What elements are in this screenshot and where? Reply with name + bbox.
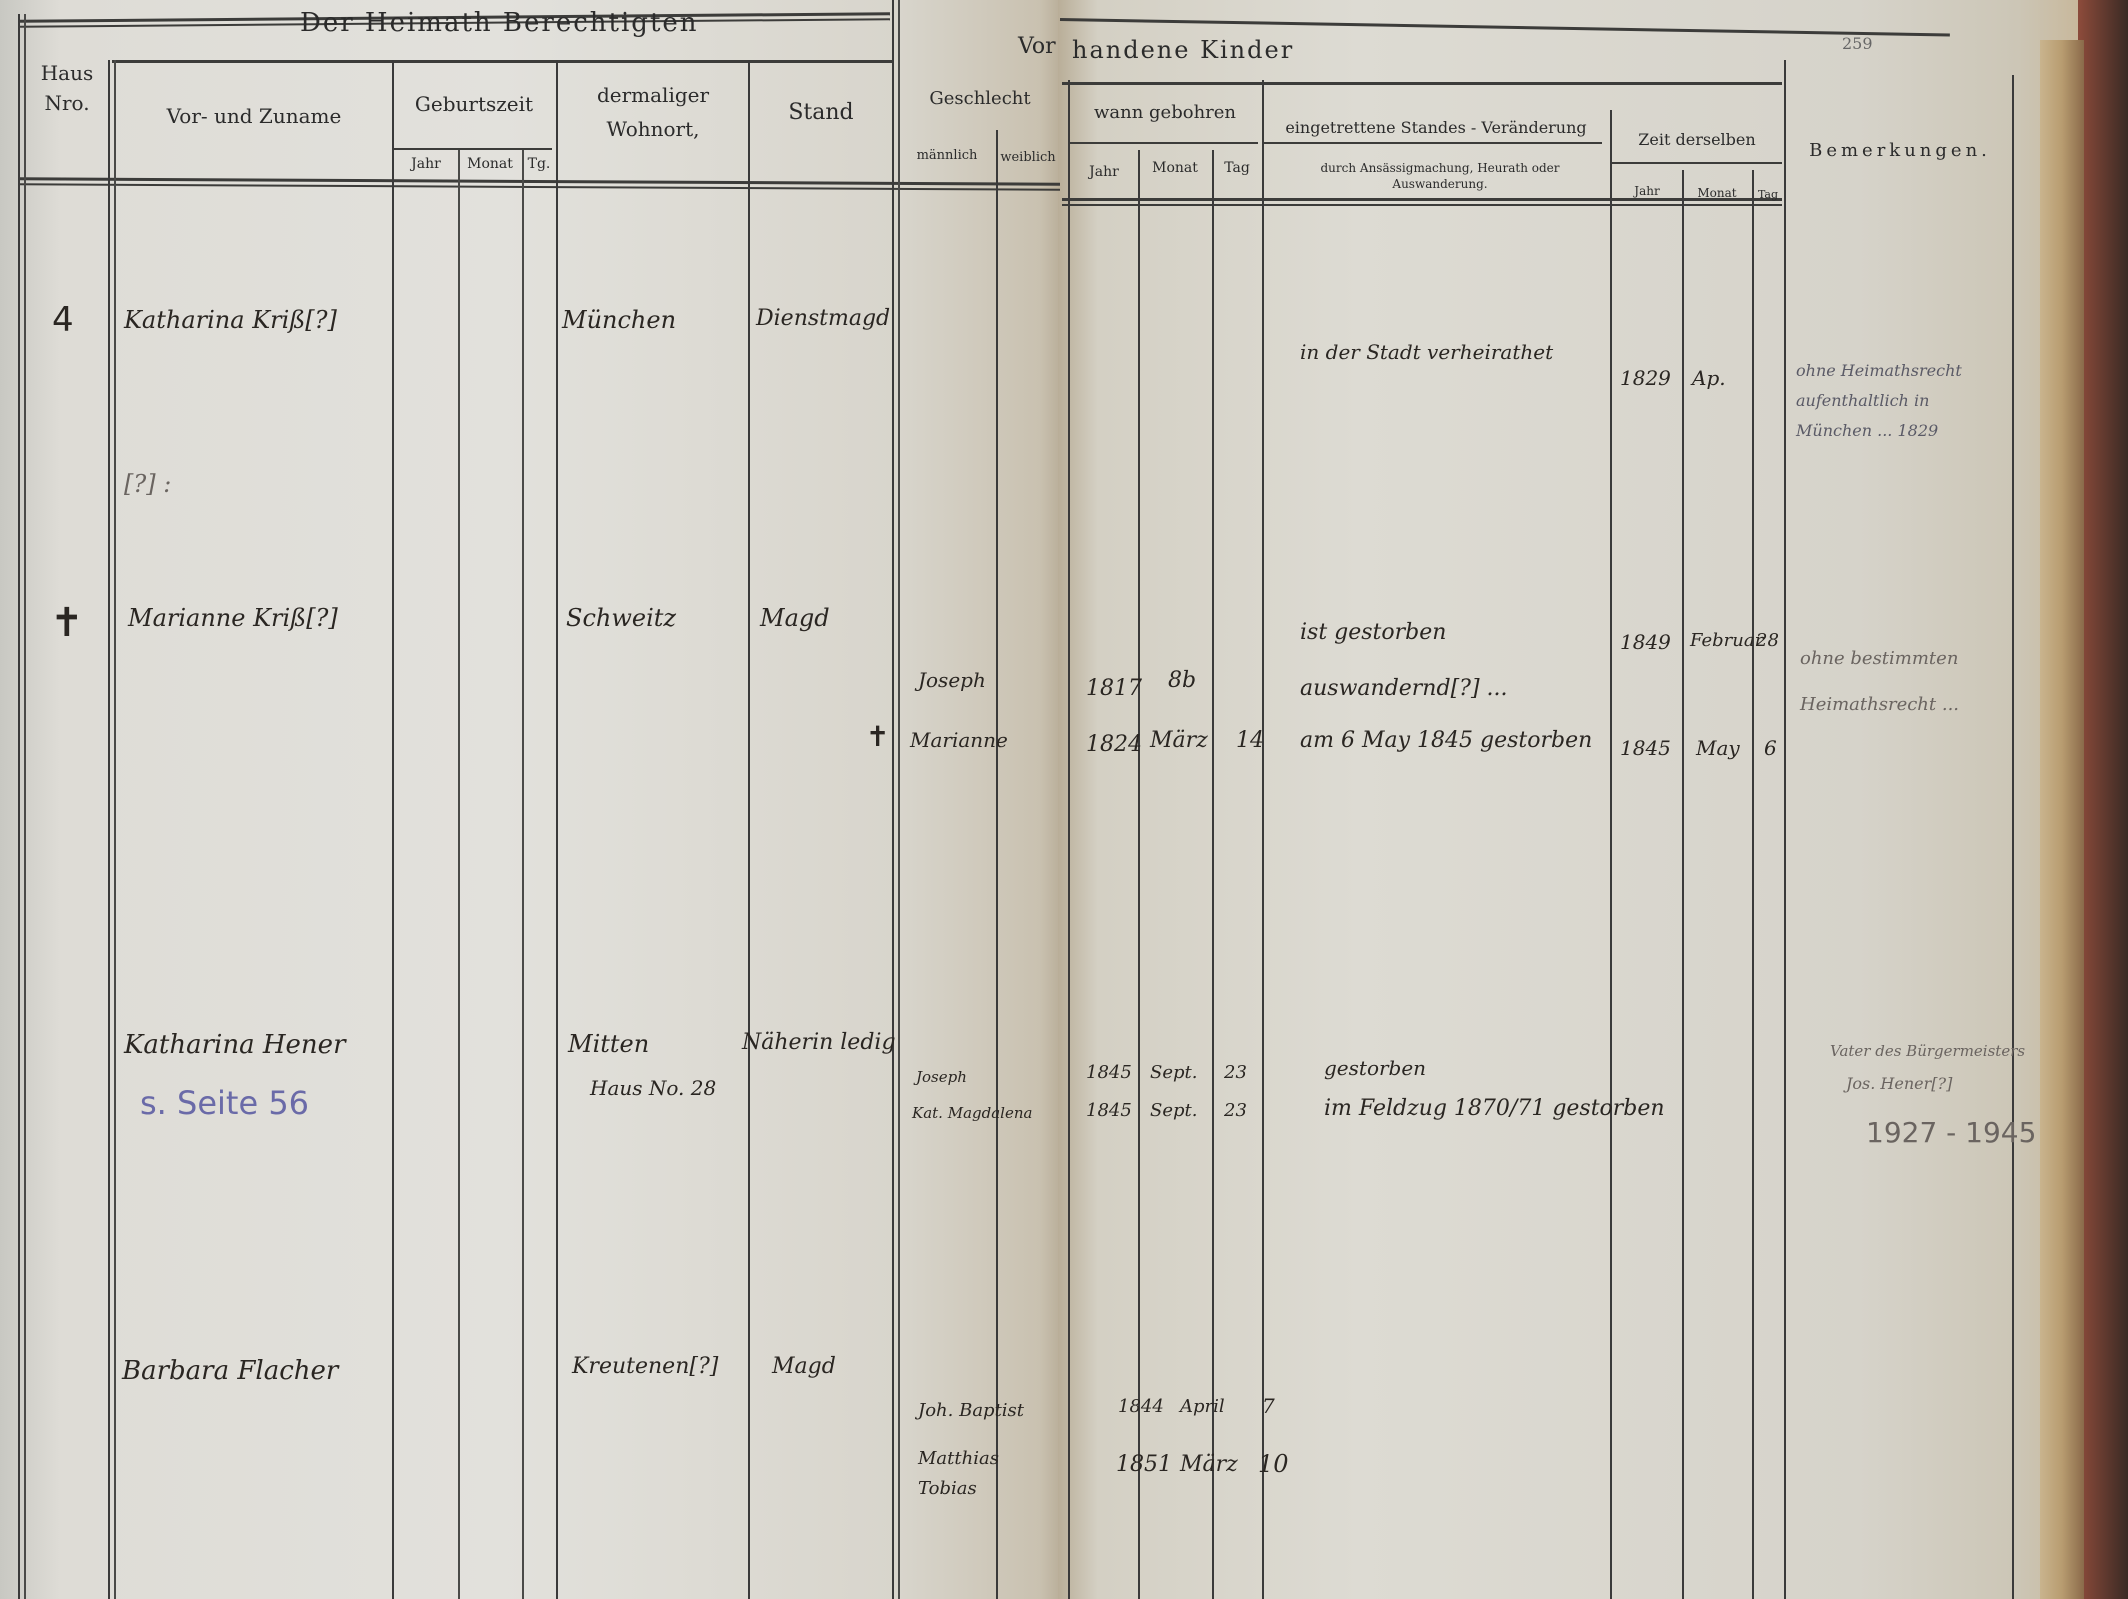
entry-2-zeit-3-jahr: 1845 — [1620, 736, 1671, 760]
entry-4-child-2-monat: März — [1180, 1452, 1238, 1477]
col-header-haus-nro: Haus Nro. — [28, 58, 106, 118]
entry-2-zeit-3-tag: 6 — [1764, 736, 1777, 760]
col-line — [458, 150, 460, 1599]
col-line — [1784, 60, 1786, 1599]
standes-sub-rule — [1262, 142, 1602, 144]
col-line — [2012, 75, 2014, 1599]
col-header-standes-veraenderung: eingetrettene Standes - Veränderung — [1266, 118, 1606, 137]
col-line — [1682, 170, 1684, 1599]
col-line — [392, 60, 394, 1599]
col-header-kind-tag: Tag — [1214, 160, 1260, 176]
col-header-zeit-derselben: Zeit derselben — [1612, 130, 1782, 149]
col-line — [1262, 80, 1264, 1599]
entry-3-name: Katharina Hener — [124, 1030, 346, 1060]
header-bottom-rule-right — [1062, 198, 1782, 201]
entry-2-child-1-name: Joseph — [918, 668, 986, 692]
entry-1-standes-veraenderung: in der Stadt verheirathet — [1300, 340, 1553, 364]
col-header-zeit-jahr: Jahr — [1614, 184, 1680, 198]
entry-1-zeit-jahr: 1829 — [1620, 366, 1671, 390]
col-line — [108, 60, 110, 1599]
entry-2-child-1-monat: 8b — [1168, 668, 1196, 693]
col-line — [996, 130, 998, 1599]
entry-4-child-2-name: Matthias Tobias — [918, 1444, 998, 1504]
entry-2-child-2-name: Marianne — [910, 728, 1008, 752]
entry-4-child-1-monat: April — [1180, 1396, 1225, 1417]
entry-3-wohnort-hausnr: Haus No. 28 — [590, 1076, 716, 1100]
entry-3-page-reference: s. Seite 56 — [140, 1084, 309, 1122]
col-header-monat: Monat — [460, 156, 520, 172]
col-header-stand: Stand — [752, 100, 890, 125]
col-header-kind-jahr: Jahr — [1072, 164, 1136, 180]
header-rule-right — [1062, 82, 1782, 85]
entry-2-child-1-jahr: 1817 — [1086, 676, 1142, 701]
entry-1-wohnort: München — [562, 306, 676, 334]
entry-2-zeit-1-tag: 28 — [1756, 630, 1779, 651]
entry-4-child-2-jahr: 1851 — [1116, 1452, 1172, 1477]
entry-4-name: Barbara Flacher — [122, 1356, 338, 1386]
header-rule — [112, 60, 892, 63]
col-line — [748, 60, 750, 1599]
entry-3-child-1-monat: Sept. — [1150, 1062, 1197, 1083]
col-header-geburtszeit: Geburtszeit — [394, 92, 554, 116]
col-line — [892, 0, 894, 1599]
col-line — [522, 150, 524, 1599]
entry-2-standes-2: auswandernd[?] ... — [1300, 676, 1508, 701]
zeit-sub-rule — [1612, 162, 1782, 164]
right-page — [1058, 0, 2078, 1599]
col-line — [898, 0, 900, 1599]
entry-2-zeit-1-jahr: 1849 — [1620, 630, 1671, 654]
left-page-title: Der Heimath Berechtigten — [300, 8, 699, 38]
entry-4-wohnort: Kreutenen[?] — [572, 1354, 718, 1379]
col-header-weiblich: weiblich — [998, 150, 1058, 165]
col-header-bemerkungen: Bemerkungen. — [1790, 140, 2010, 161]
entry-1-extra-mark: [?] : — [124, 470, 171, 498]
col-line — [18, 14, 20, 1599]
entry-2-bemerkungen: ohne bestimmten Heimathsrecht ... — [1800, 636, 2000, 728]
col-header-standes-sub: durch Ansässigmachung, Heurath oder Ausw… — [1300, 160, 1580, 192]
entry-1-stand: Dienstmagd — [756, 306, 890, 331]
entry-2-zeit-3-monat: May — [1696, 736, 1740, 760]
entry-2-standes-1: ist gestorben — [1300, 620, 1446, 645]
right-title-prefix: Vor — [1018, 34, 1056, 59]
col-header-wohnort: dermaliger Wohnort, — [560, 78, 746, 146]
entry-2-death-cross-icon: ✝ — [50, 600, 84, 646]
entry-1-zeit-monat: Ap. — [1692, 366, 1726, 390]
entry-3-wohnort: Mitten — [568, 1030, 649, 1058]
col-header-tag: Tg. — [522, 156, 556, 172]
entry-1-bemerkungen: ohne Heimathsrecht aufenthaltlich in Mün… — [1796, 356, 2006, 446]
entry-3-standes-2: im Feldzug 1870/71 gestorben — [1324, 1096, 1665, 1121]
entry-4-child-2-tag: 10 — [1258, 1450, 1289, 1478]
entry-2-child-2-jahr: 1824 — [1086, 732, 1142, 757]
col-header-maennlich: männlich — [900, 148, 994, 163]
col-line — [114, 60, 116, 1599]
entry-3-child-2-monat: Sept. — [1150, 1100, 1197, 1121]
entry-3-child-1-name: Joseph — [916, 1068, 967, 1086]
col-header-jahr: Jahr — [396, 156, 456, 172]
entry-4-stand: Magd — [772, 1354, 836, 1379]
entry-2-child-2-death-cross-icon: ✝ — [866, 720, 889, 753]
col-line — [556, 60, 558, 1599]
col-line — [1068, 80, 1070, 1599]
col-header-name: Vor- und Zuname — [120, 104, 388, 128]
entry-3-child-1-tag: 23 — [1224, 1062, 1247, 1083]
wann-sub-rule — [1068, 142, 1258, 144]
entry-3-bemerkungen-2: Jos. Hener[?] — [1846, 1074, 1952, 1093]
geburtszeit-sub-rule — [392, 148, 552, 150]
entry-4-child-1-name: Joh. Baptist — [918, 1400, 1024, 1421]
entry-3-standes-1: gestorben — [1324, 1056, 1426, 1080]
col-line — [1752, 170, 1754, 1599]
entry-3-child-2-name: Kat. Magdalena — [912, 1104, 1032, 1122]
entry-3-child-2-jahr: 1845 — [1086, 1100, 1132, 1121]
entry-1-name: Katharina Kriß[?] — [124, 306, 337, 334]
entry-3-child-2-tag: 23 — [1224, 1100, 1247, 1121]
entry-2-zeit-1-monat: Februar — [1690, 630, 1763, 651]
entry-3-child-1-jahr: 1845 — [1086, 1062, 1132, 1083]
entry-2-wohnort: Schweitz — [566, 604, 676, 632]
entry-2-name: Marianne Kriß[?] — [128, 604, 338, 632]
book-page-edge — [2040, 40, 2084, 1599]
col-line — [1610, 110, 1612, 1599]
col-line — [24, 14, 26, 1599]
entry-2-stand: Magd — [760, 604, 830, 632]
entry-4-child-1-tag: 7 — [1262, 1394, 1275, 1418]
entry-4-child-1-jahr: 1844 — [1118, 1396, 1164, 1417]
page-number: 259 — [1842, 34, 1873, 53]
col-line — [1138, 150, 1140, 1599]
col-header-wann-gebohren: wann gebohren — [1070, 102, 1260, 123]
col-header-kind-monat: Monat — [1140, 160, 1210, 176]
right-page-title: handene Kinder — [1072, 36, 1294, 64]
entry-3-bemerkungen-3: 1927 - 1945 — [1866, 1116, 2036, 1149]
entry-3-bemerkungen-1: Vater des Bürgermeisters — [1830, 1042, 2025, 1060]
entry-2-child-2-monat: März — [1150, 728, 1208, 753]
entry-1-house-number: 4 — [52, 300, 74, 340]
col-header-geschlecht: Geschlecht — [900, 88, 1060, 109]
header-bottom-rule-right-2 — [1062, 204, 1782, 206]
entry-2-standes-3: am 6 May 1845 gestorben — [1300, 728, 1592, 753]
col-header-zeit-tag: Tag — [1752, 188, 1784, 201]
entry-2-child-2-tag: 14 — [1236, 728, 1264, 753]
entry-3-stand: Näherin ledig — [742, 1030, 896, 1055]
col-header-zeit-monat: Monat — [1684, 186, 1750, 200]
col-line — [1212, 150, 1214, 1599]
